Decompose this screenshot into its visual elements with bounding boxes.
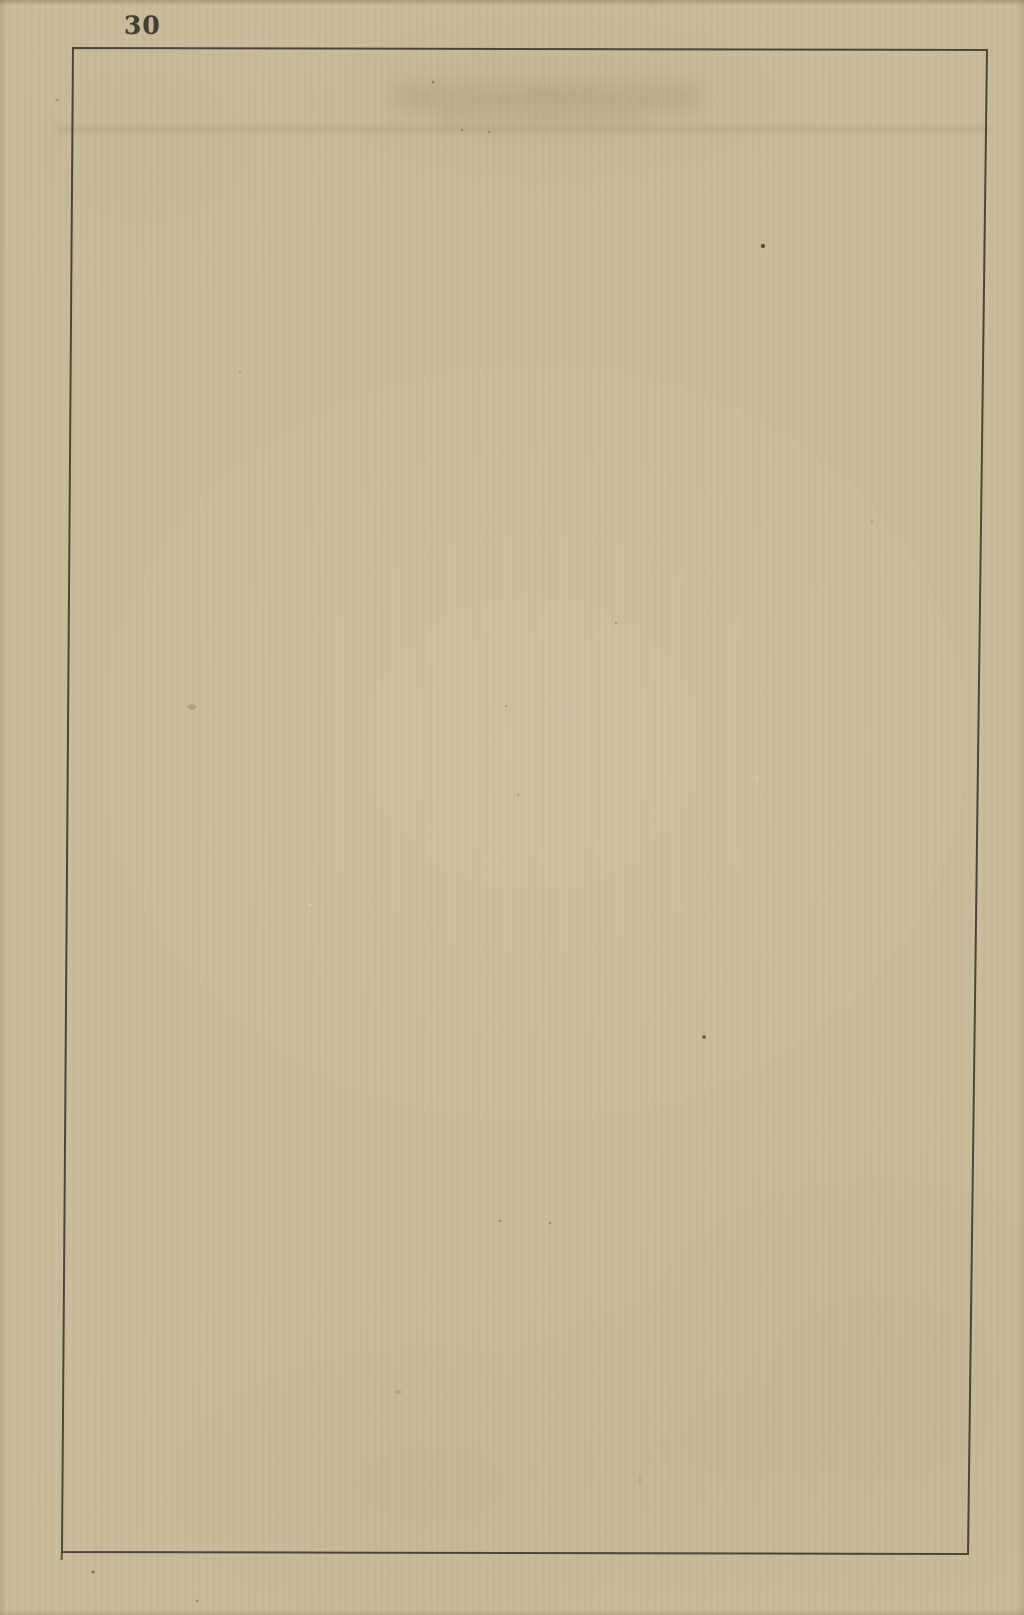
frame-rule — [62, 48, 987, 1554]
paper-speckles — [56, 81, 874, 1603]
scanned-book-page: 30 — [0, 0, 1024, 1615]
frame-rule-overshoot — [62, 1552, 63, 1560]
page-border-frame — [0, 0, 1024, 1615]
